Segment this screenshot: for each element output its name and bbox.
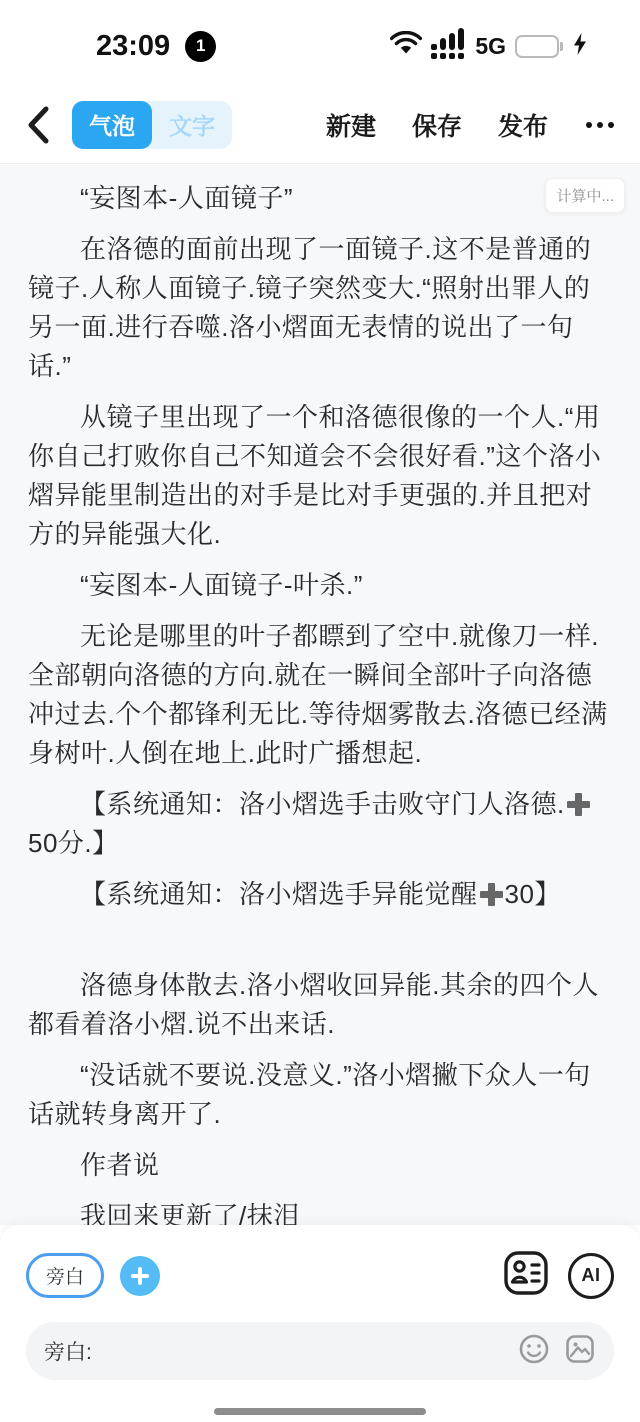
publish-button[interactable]: 发布 (498, 107, 548, 143)
paragraph: 【系统通知：洛小熠选手异能觉醒30】 (28, 875, 612, 914)
paragraph: “妄图本-人面镜子” (28, 179, 612, 218)
paragraph: 作者说 (28, 1146, 612, 1185)
editor-paragraphs: “妄图本-人面镜子”在洛德的面前出现了一面镜子.这不是普通的镜子.人称人面镜子.… (0, 165, 640, 1225)
paragraph: 在洛德的面前出现了一面镜子.这不是普通的镜子.人称人面镜子.镜子突然变大.“照射… (28, 230, 612, 386)
role-pill-narrator[interactable]: 旁白 (26, 1253, 104, 1298)
more-icon[interactable] (586, 122, 614, 128)
ai-icon[interactable]: AI (568, 1253, 614, 1299)
new-button[interactable]: 新建 (326, 107, 376, 143)
paragraph: 洛德身体散去.洛小熠收回异能.其余的四个人都看着洛小熠.说不出来话. (28, 966, 612, 1044)
wifi-icon (390, 31, 422, 62)
tab-text[interactable]: 文字 (152, 101, 232, 149)
charging-bolt-icon (572, 32, 588, 61)
paragraph: “妄图本-人面镜子-叶杀.” (28, 566, 612, 605)
toolbar: 气泡 文字 新建 保存 发布 (0, 86, 640, 164)
emoji-icon[interactable] (518, 1333, 550, 1370)
status-bar: 23:09 1 5G (0, 0, 640, 86)
composer-panel: 旁白 AI 旁白: (0, 1225, 640, 1422)
message-input-value: 旁白: (44, 1336, 92, 1366)
add-role-button[interactable] (120, 1256, 160, 1296)
message-input[interactable]: 旁白: (26, 1322, 614, 1380)
paragraph-spacer (28, 926, 612, 966)
battery-icon (515, 35, 563, 58)
home-indicator[interactable] (214, 1408, 426, 1415)
back-icon[interactable] (26, 105, 56, 145)
clock: 23:09 (96, 30, 170, 63)
tab-bubble[interactable]: 气泡 (72, 101, 152, 149)
paragraph: 【系统通知：洛小熠选手击败守门人洛德.50分.】 (28, 785, 612, 863)
save-button[interactable]: 保存 (412, 107, 462, 143)
network-type: 5G (475, 33, 506, 60)
paragraph: 无论是哪里的叶子都瞟到了空中.就像刀一样.全部朝向洛德的方向.就在一瞬间全部叶子… (28, 617, 612, 773)
paragraph: “没话就不要说.没意义.”洛小熠撇下众人一句话就转身离开了. (28, 1056, 612, 1134)
paragraph: 从镜子里出现了一个和洛德很像的一个人.“用你自己打败你自己不知道会不会很好看.”… (28, 398, 612, 554)
mode-segmented-control: 气泡 文字 (72, 101, 232, 149)
notification-badge: 1 (185, 31, 216, 62)
plus-icon (567, 793, 590, 816)
plus-icon (480, 883, 503, 906)
image-icon[interactable] (564, 1333, 596, 1370)
calculating-badge: 计算中... (545, 178, 625, 213)
cellular-signal-icon (431, 33, 464, 59)
character-card-icon[interactable] (502, 1249, 550, 1302)
paragraph: 我回来更新了/抹泪 (28, 1197, 612, 1225)
editor-scroll-area[interactable]: 计算中... “妄图本-人面镜子”在洛德的面前出现了一面镜子.这不是普通的镜子.… (0, 165, 640, 1225)
